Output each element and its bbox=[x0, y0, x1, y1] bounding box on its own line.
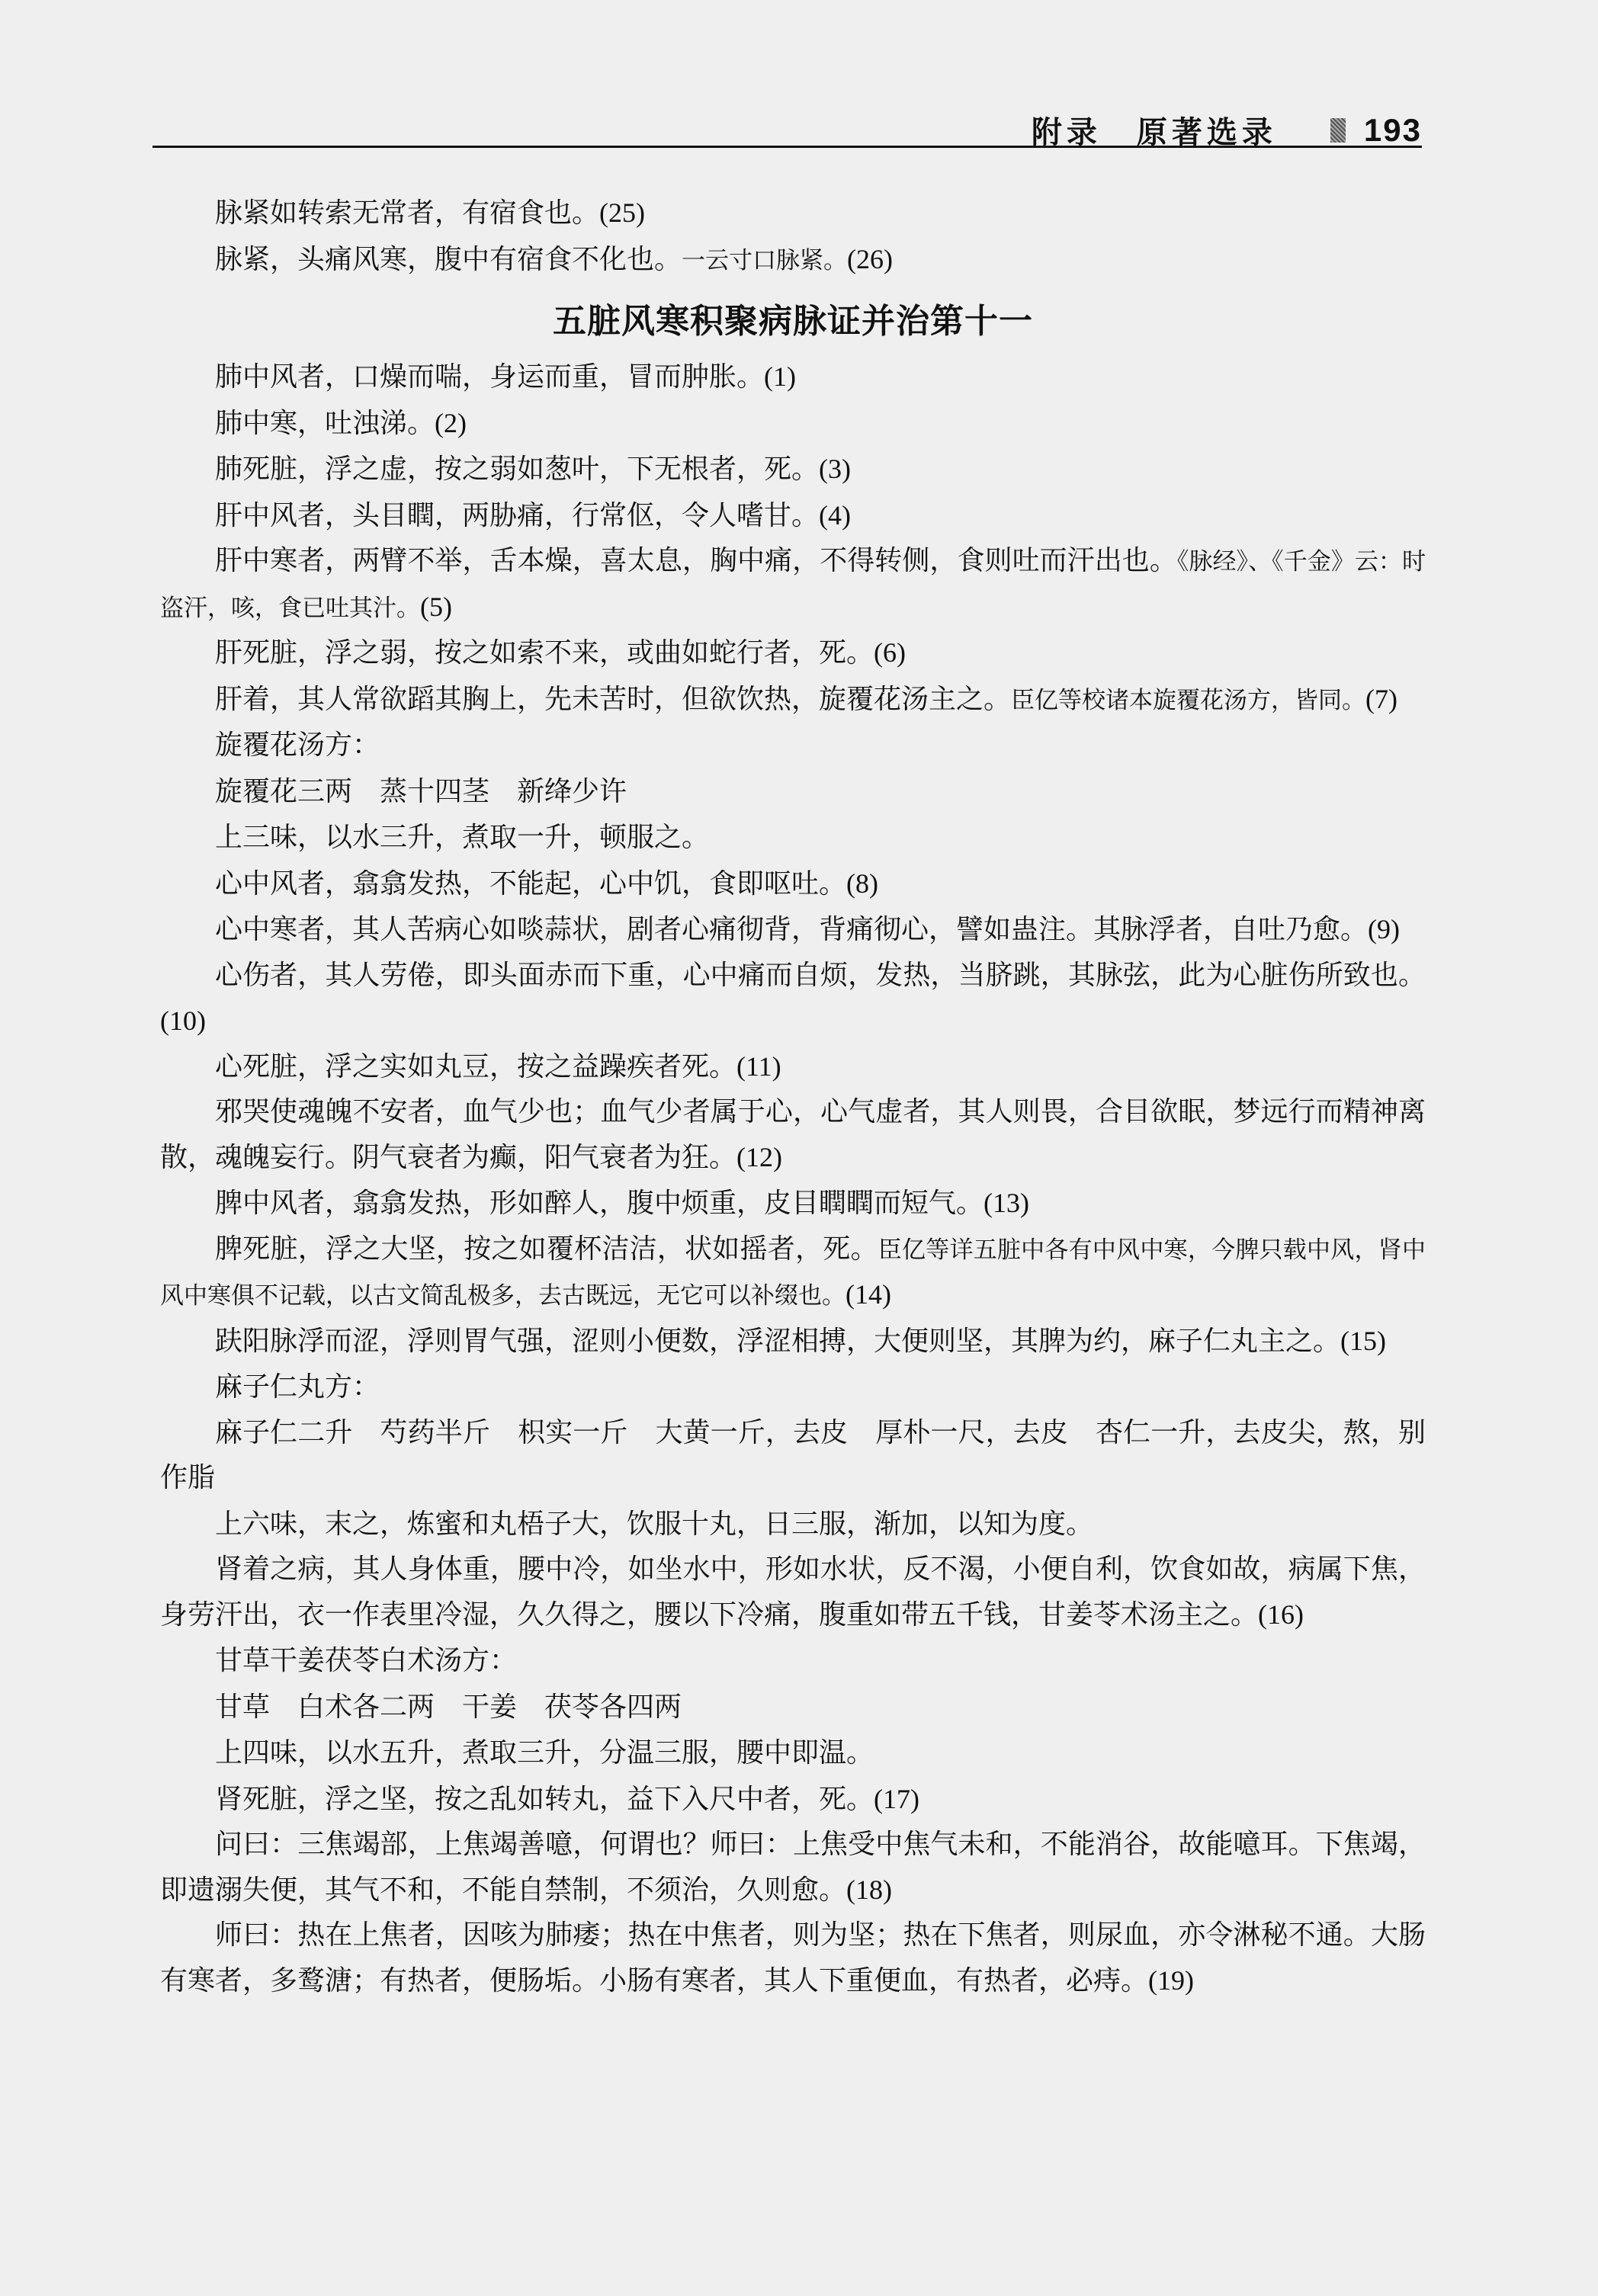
paragraph: 旋覆花汤方： bbox=[160, 723, 1426, 769]
paragraph-text: 肝中风者，头目瞤，两胁痛，行常伛，令人嗜甘。 bbox=[215, 500, 819, 531]
verse-number: (2) bbox=[435, 408, 467, 438]
verse-number: (7) bbox=[1365, 684, 1397, 714]
paragraph-text: 肝中寒者，两臂不举，舌本燥，喜太息，胸中痛，不得转侧，食则吐而汗出也。 bbox=[215, 545, 1177, 576]
paragraph-text: 趺阳脉浮而涩，浮则胃气强，涩则小便数，浮涩相搏，大便则坚，其脾为约，麻子仁丸主之… bbox=[215, 1326, 1340, 1357]
paragraph-text: 上四味，以水五升，煮取三升，分温三服，腰中即温。 bbox=[215, 1737, 874, 1768]
paragraph-text: 心伤者，其人劳倦，即头面赤而下重，心中痛而自烦，发热，当脐跳，其脉弦，此为心脏伤… bbox=[215, 960, 1426, 991]
chapter-title: 五脏风寒积聚病脉证并治第十一 bbox=[160, 293, 1426, 350]
paragraph: 趺阳脉浮而涩，浮则胃气强，涩则小便数，浮涩相搏，大便则坚，其脾为约，麻子仁丸主之… bbox=[160, 1319, 1426, 1365]
paragraph: 脾死脏，浮之大坚，按之如覆杯洁洁，状如摇者，死。臣亿等详五脏中各有中风中寒，今脾… bbox=[160, 1227, 1426, 1319]
verse-number: (25) bbox=[599, 197, 645, 228]
paragraph: 旋覆花三两 蒸十四茎 新绛少许 bbox=[160, 769, 1426, 816]
paragraph: 上六味，末之，炼蜜和丸梧子大，饮服十丸，日三服，渐加，以知为度。 bbox=[160, 1502, 1426, 1548]
paragraph-text: 上六味，末之，炼蜜和丸梧子大，饮服十丸，日三服，渐加，以知为度。 bbox=[215, 1509, 1093, 1540]
paragraph-text: 脾中风者，翕翕发热，形如醉人，腹中烦重，皮目瞤瞤而短气。 bbox=[215, 1188, 984, 1219]
verse-number: (4) bbox=[819, 500, 851, 531]
paragraph: 脉紧，头痛风寒，腹中有宿食不化也。一云寸口脉紧。(26) bbox=[160, 237, 1426, 284]
paragraph-text: 旋覆花三两 蒸十四茎 新绛少许 bbox=[215, 776, 627, 807]
paragraph: 肾着之病，其人身体重，腰中冷，如坐水中，形如水状，反不渴，小便自利，饮食如故，病… bbox=[160, 1547, 1426, 1638]
verse-number: (3) bbox=[819, 454, 851, 484]
paragraph: 心中风者，翕翕发热，不能起，心中饥，食即呕吐。(8) bbox=[160, 861, 1426, 908]
verse-number: (15) bbox=[1340, 1326, 1386, 1356]
paragraph-text: 心中寒者，其人苦病心如啖蒜状，剧者心痛彻背，背痛彻心，譬如蛊注。其脉浮者，自吐乃… bbox=[215, 914, 1368, 945]
paragraph-text: 脾死脏，浮之大坚，按之如覆杯洁洁，状如摇者，死。 bbox=[215, 1233, 878, 1265]
paragraph-list: 肺中风者，口燥而喘，身运而重，冒而肿胀。(1)肺中寒，吐浊涕。(2)肺死脏，浮之… bbox=[160, 354, 1426, 2004]
paragraph-text: 肝着，其人常欲蹈其胸上，先未苦时，但欲饮热，旋覆花汤主之。 bbox=[215, 684, 1011, 715]
paragraph: 甘草干姜茯苓白术汤方： bbox=[160, 1638, 1426, 1685]
paragraph-text: 旋覆花汤方： bbox=[215, 730, 380, 761]
annotation: 臣亿等校诸本旋覆花汤方，皆同。 bbox=[1011, 687, 1365, 714]
paragraph: 上三味，以水三升，煮取一升，顿服之。 bbox=[160, 815, 1426, 861]
paragraph: 心中寒者，其人苦病心如啖蒜状，剧者心痛彻背，背痛彻心，譬如蛊注。其脉浮者，自吐乃… bbox=[160, 907, 1426, 954]
verse-number: (11) bbox=[736, 1051, 781, 1082]
page-number: 193 bbox=[1364, 112, 1422, 149]
verse-number: (6) bbox=[874, 637, 906, 668]
paragraph-text: 肺中风者，口燥而喘，身运而重，冒而肿胀。 bbox=[215, 361, 764, 393]
page-marker-icon bbox=[1330, 118, 1346, 143]
paragraph-text: 心死脏，浮之实如丸豆，按之益躁疾者死。 bbox=[215, 1051, 736, 1082]
paragraph: 肺死脏，浮之虚，按之弱如葱叶，下无根者，死。(3) bbox=[160, 447, 1426, 493]
verse-number: (12) bbox=[736, 1142, 782, 1172]
paragraph-text: 肝死脏，浮之弱，按之如索不来，或曲如蛇行者，死。 bbox=[215, 637, 874, 669]
running-header: 附录 原著选录 193 bbox=[152, 91, 1422, 148]
paragraph-text: 师曰：热在上焦者，因咳为肺痿；热在中焦者，则为坚；热在下焦者，则尿血，亦令淋秘不… bbox=[160, 1919, 1426, 1996]
paragraph: 肾死脏，浮之坚，按之乱如转丸，益下入尺中者，死。(17) bbox=[160, 1777, 1426, 1823]
paragraph-text: 甘草 白术各二两 干姜 茯苓各四两 bbox=[215, 1692, 682, 1723]
paragraph: 肺中风者，口燥而喘，身运而重，冒而肿胀。(1) bbox=[160, 354, 1426, 401]
paragraph: 肝中寒者，两臂不举，舌本燥，喜太息，胸中痛，不得转侧，食则吐而汗出也。《脉经》、… bbox=[160, 539, 1426, 630]
paragraph-text: 麻子仁丸方： bbox=[215, 1371, 380, 1403]
paragraph: 师曰：热在上焦者，因咳为肺痿；热在中焦者，则为坚；热在下焦者，则尿血，亦令淋秘不… bbox=[160, 1913, 1426, 2004]
paragraph-text: 肺死脏，浮之虚，按之弱如葱叶，下无根者，死。 bbox=[215, 454, 819, 485]
paragraph: 麻子仁丸方： bbox=[160, 1364, 1426, 1411]
annotation: 一云寸口脉紧。 bbox=[682, 247, 847, 274]
paragraph: 问曰：三焦竭部，上焦竭善噫，何谓也？师曰：上焦受中焦气未和，不能消谷，故能噫耳。… bbox=[160, 1823, 1426, 1913]
verse-number: (10) bbox=[160, 1005, 206, 1036]
verse-number: (16) bbox=[1258, 1599, 1304, 1630]
paragraph: 甘草 白术各二两 干姜 茯苓各四两 bbox=[160, 1685, 1426, 1731]
paragraph: 肝着，其人常欲蹈其胸上，先未苦时，但欲饮热，旋覆花汤主之。臣亿等校诸本旋覆花汤方… bbox=[160, 677, 1426, 723]
verse-number: (8) bbox=[846, 868, 878, 899]
header-rule bbox=[152, 146, 1422, 148]
page-body: 脉紧如转索无常者，有宿食也。(25) 脉紧，头痛风寒，腹中有宿食不化也。一云寸口… bbox=[160, 191, 1426, 2004]
paragraph: 上四味，以水五升，煮取三升，分温三服，腰中即温。 bbox=[160, 1730, 1426, 1777]
paragraph: 脾中风者，翕翕发热，形如醉人，腹中烦重，皮目瞤瞤而短气。(13) bbox=[160, 1181, 1426, 1227]
paragraph: 脉紧如转索无常者，有宿食也。(25) bbox=[160, 191, 1426, 237]
paragraph: 邪哭使魂魄不安者，血气少也；血气少者属于心，心气虚者，其人则畏，合目欲眠，梦远行… bbox=[160, 1090, 1426, 1181]
paragraph: 心伤者，其人劳倦，即头面赤而下重，心中痛而自烦，发热，当脐跳，其脉弦，此为心脏伤… bbox=[160, 954, 1426, 1044]
paragraph-text: 脉紧，头痛风寒，腹中有宿食不化也。 bbox=[215, 244, 682, 275]
paragraph-text: 麻子仁二升 芍药半斤 枳实一斤 大黄一斤，去皮 厚朴一尺，去皮 杏仁一升，去皮尖… bbox=[160, 1417, 1426, 1494]
paragraph-text: 上三味，以水三升，煮取一升，顿服之。 bbox=[215, 822, 709, 853]
verse-number: (19) bbox=[1148, 1965, 1194, 1996]
paragraph-text: 邪哭使魂魄不安者，血气少也；血气少者属于心，心气虚者，其人则畏，合目欲眠，梦远行… bbox=[160, 1096, 1426, 1173]
paragraph-text: 肾着之病，其人身体重，腰中冷，如坐水中，形如水状，反不渴，小便自利，饮食如故，病… bbox=[160, 1554, 1426, 1631]
paragraph-text: 脉紧如转索无常者，有宿食也。 bbox=[215, 197, 599, 229]
paragraph: 麻子仁二升 芍药半斤 枳实一斤 大黄一斤，去皮 厚朴一尺，去皮 杏仁一升，去皮尖… bbox=[160, 1411, 1426, 1502]
verse-number: (26) bbox=[847, 244, 893, 274]
paragraph: 肝死脏，浮之弱，按之如索不来，或曲如蛇行者，死。(6) bbox=[160, 630, 1426, 677]
paragraph-text: 肺中寒，吐浊涕。 bbox=[215, 408, 435, 439]
verse-number: (13) bbox=[984, 1188, 1029, 1218]
paragraph: 肝中风者，头目瞤，两胁痛，行常伛，令人嗜甘。(4) bbox=[160, 493, 1426, 540]
paragraph: 心死脏，浮之实如丸豆，按之益躁疾者死。(11) bbox=[160, 1044, 1426, 1091]
paragraph-text: 心中风者，翕翕发热，不能起，心中饥，食即呕吐。 bbox=[215, 868, 846, 899]
paragraph-text: 甘草干姜茯苓白术汤方： bbox=[215, 1645, 517, 1676]
verse-number: (9) bbox=[1368, 914, 1400, 944]
verse-number: (5) bbox=[420, 592, 452, 622]
paragraph-text: 问曰：三焦竭部，上焦竭善噫，何谓也？师曰：上焦受中焦气未和，不能消谷，故能噫耳。… bbox=[160, 1829, 1426, 1906]
verse-number: (1) bbox=[764, 361, 796, 392]
verse-number: (18) bbox=[846, 1874, 892, 1905]
verse-number: (17) bbox=[874, 1784, 919, 1814]
paragraph: 肺中寒，吐浊涕。(2) bbox=[160, 401, 1426, 447]
verse-number: (14) bbox=[846, 1279, 891, 1310]
paragraph-text: 肾死脏，浮之坚，按之乱如转丸，益下入尺中者，死。 bbox=[215, 1784, 874, 1815]
